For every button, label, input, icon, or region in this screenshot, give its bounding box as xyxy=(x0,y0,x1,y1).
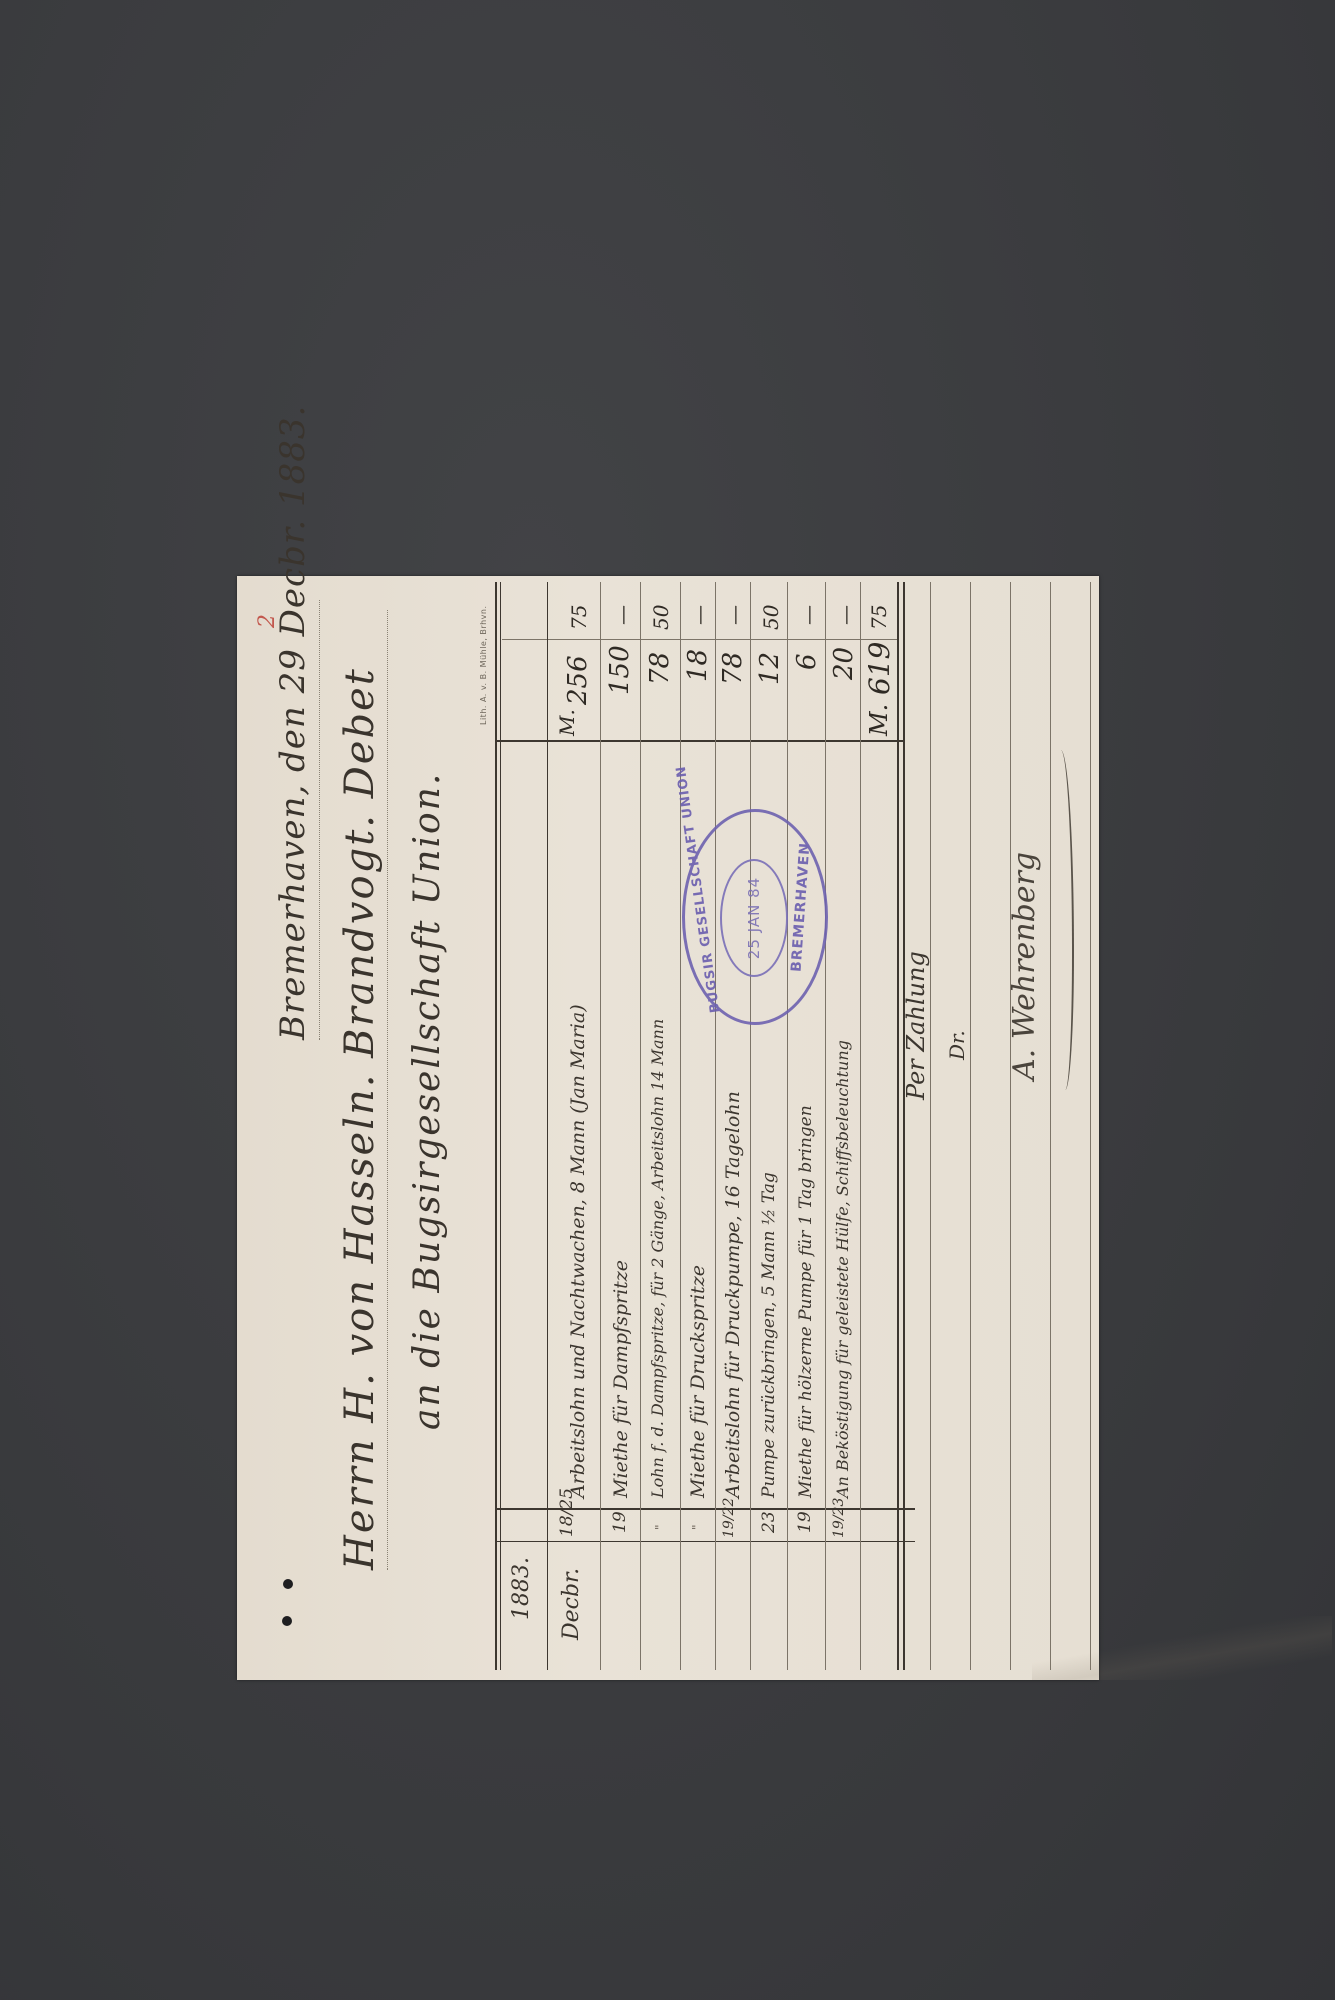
row-description: Miethe für Druckspritze xyxy=(687,1265,709,1498)
row-rule xyxy=(680,582,681,1670)
extra-rule xyxy=(1090,582,1091,1670)
total-amount-mark: 619 xyxy=(863,642,896,695)
stamp-bottom-text: BREMERHAVEN xyxy=(788,842,813,973)
total-currency: M. xyxy=(865,704,893,736)
row-amount-pf: — xyxy=(833,605,857,625)
row-date: 23 xyxy=(759,1511,779,1533)
header-row-rule xyxy=(547,582,548,1670)
row-amount-mark: 12 xyxy=(755,652,785,685)
row-description: Lohn f. d. Dampfspritze, für 2 Gänge, Ar… xyxy=(648,1019,667,1498)
signature-flourish xyxy=(1052,750,1074,1090)
total-amount-pf: 75 xyxy=(867,605,891,630)
extra-rule xyxy=(1050,582,1051,1670)
total-rule xyxy=(897,582,899,1670)
row-amount-pf: — xyxy=(687,605,711,625)
receipt-abbrev: Dr. xyxy=(945,1030,969,1060)
total-rule-inner xyxy=(903,582,905,1670)
row-description: Miethe für hölzerne Pumpe für 1 Tag brin… xyxy=(796,1105,816,1498)
row-rule xyxy=(787,582,788,1670)
extra-rule xyxy=(930,582,931,1670)
amount-header-rule xyxy=(502,740,550,742)
amount-col-rule xyxy=(495,740,905,742)
row-date: 19/22 xyxy=(721,1498,737,1538)
row-amount-mark: 78 xyxy=(718,652,748,685)
stamp-date: 25 JAN 84 xyxy=(720,859,788,977)
pf-col-rule xyxy=(502,639,897,640)
row-date: " xyxy=(690,1524,704,1530)
row-amount-mark: 256 xyxy=(563,655,593,705)
extra-rule xyxy=(970,582,971,1670)
addressee-dotted-rule xyxy=(387,610,388,1570)
row-description: Arbeitslohn für Druckpumpe, 16 Tagelohn xyxy=(722,1091,744,1498)
row-amount-mark: 150 xyxy=(605,645,635,695)
row-description: Pumpe zurückbringen, 5 Mann ½ Tag xyxy=(759,1172,779,1498)
invoice-paper: 2 Bremerhaven, den 29 Decbr. 1883. Herrn… xyxy=(237,576,1099,1680)
row-amount-pf: — xyxy=(610,605,634,625)
row-rule xyxy=(750,582,751,1670)
row-amount-pf: 75 xyxy=(567,605,591,630)
row-date: " xyxy=(653,1524,667,1530)
header-dotted-rule xyxy=(319,600,320,1040)
row-rule xyxy=(640,582,641,1670)
row-amount-mark: 20 xyxy=(829,647,859,680)
place-date: Bremerhaven, den 29 Decbr. 1883. xyxy=(273,405,313,1040)
date-col-rule xyxy=(495,1541,915,1542)
row-date: 19 xyxy=(610,1511,630,1533)
row-date: 19/23 xyxy=(831,1498,847,1538)
table-top-rule xyxy=(495,582,497,1670)
row-rule xyxy=(715,582,716,1670)
row-rule xyxy=(825,582,826,1670)
currency-header: M. xyxy=(555,709,579,736)
table-top-rule-inner xyxy=(500,582,501,1670)
row-description: An Beköstigung für geleistete Hülfe, Sch… xyxy=(833,1040,852,1498)
signature: A. Wehrenberg xyxy=(1007,852,1042,1080)
row-amount-pf: — xyxy=(722,605,746,625)
addressee-line: Herrn H. von Hasseln. Brandvogt. Debet xyxy=(337,667,383,1570)
year-label: 1883. xyxy=(509,1557,534,1620)
receipt-line: Per Zahlung xyxy=(902,951,930,1100)
row-amount-mark: 6 xyxy=(792,653,822,670)
printer-imprint: Lith. A. v. B. Mühle, Brhvn. xyxy=(479,606,488,726)
row-amount-pf: 50 xyxy=(759,605,783,630)
row-amount-mark: 18 xyxy=(683,649,713,682)
month-label: Decbr. xyxy=(559,1568,584,1640)
row-amount-pf: — xyxy=(796,605,820,625)
row-description: Miethe für Dampfspritze xyxy=(610,1260,632,1498)
row-description: Arbeitslohn und Nachtwachen, 8 Mann (Jan… xyxy=(567,1004,589,1498)
row-rule xyxy=(860,582,861,1670)
creditor-line: an die Bugsirgesellschaft Union. xyxy=(407,772,448,1430)
row-date: 19 xyxy=(795,1511,815,1533)
company-stamp: BUGSIR GESELLSCHAFT UNION 25 JAN 84 BREM… xyxy=(682,809,828,1025)
row-amount-mark: 78 xyxy=(645,652,675,685)
row-rule xyxy=(600,582,601,1670)
invoice-content: 2 Bremerhaven, den 29 Decbr. 1883. Herrn… xyxy=(237,576,1099,1680)
row-amount-pf: 50 xyxy=(649,605,673,630)
extra-rule xyxy=(1010,582,1011,1670)
